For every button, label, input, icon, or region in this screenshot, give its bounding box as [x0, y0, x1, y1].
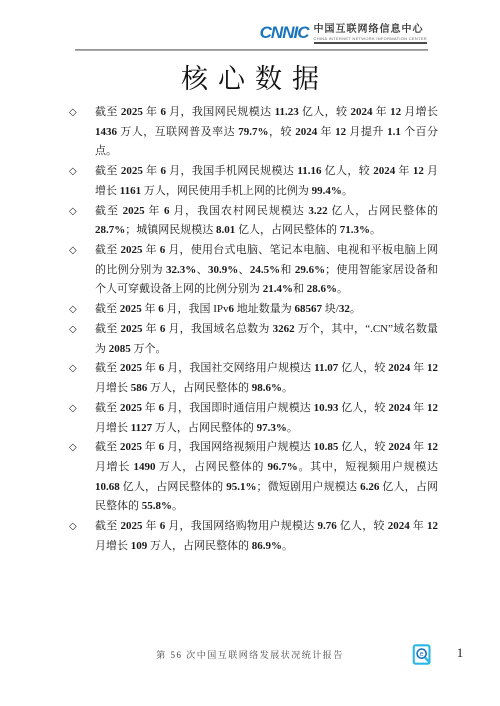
diamond-bullet-icon: ◇	[64, 438, 95, 517]
svg-text:e: e	[420, 651, 424, 658]
diamond-bullet-icon: ◇	[64, 162, 95, 201]
list-item: ◇截至 2025 年 6 月，我国农村网民规模达 3.22 亿人，占网民整体的 …	[64, 202, 438, 241]
diamond-bullet-icon: ◇	[64, 359, 95, 398]
list-item-text: 截至 2025 年 6 月，我国 IPv6 地址数量为 68567 块/32。	[95, 300, 438, 320]
list-item: ◇截至 2025 年 6 月，我国域名总数为 3262 万个，其中，“.CN”域…	[64, 320, 438, 359]
list-item-text: 截至 2025 年 6 月，我国社交网络用户规模达 11.07 亿人，较 202…	[95, 359, 438, 398]
list-item: ◇截至 2025 年 6 月，我国网络视频用户规模达 10.85 亿人，较 20…	[64, 438, 438, 517]
diamond-bullet-icon: ◇	[64, 103, 95, 162]
list-item-text: 截至 2025 年 6 月，我国网民规模达 11.23 亿人，较 2024 年 …	[95, 103, 438, 162]
org-name-cn: 中国互联网络信息中心	[314, 24, 428, 36]
list-item: ◇截至 2025 年 6 月，我国网络购物用户规模达 9.76 亿人，较 202…	[64, 517, 438, 556]
diamond-bullet-icon: ◇	[64, 517, 95, 556]
diamond-bullet-icon: ◇	[64, 300, 95, 320]
list-item: ◇截至 2025 年 6 月，我国手机网民规模达 11.16 亿人，较 2024…	[64, 162, 438, 201]
diamond-bullet-icon: ◇	[64, 399, 95, 438]
page-title: 核心数据	[0, 57, 500, 96]
list-item: ◇截至 2025 年 6 月，使用台式电脑、笔记本电脑、电视和平板电脑上网的比例…	[64, 241, 438, 300]
list-item-text: 截至 2025 年 6 月，我国手机网民规模达 11.16 亿人，较 2024 …	[95, 162, 438, 201]
cnnic-logo: CNNIC 中国互联网络信息中心 CHINA INTERNET NETWORK …	[260, 24, 427, 44]
list-item-text: 截至 2025 年 6 月，使用台式电脑、笔记本电脑、电视和平板电脑上网的比例分…	[95, 241, 438, 300]
list-item: ◇截至 2025 年 6 月，我国社交网络用户规模达 11.07 亿人，较 20…	[64, 359, 438, 398]
diamond-bullet-icon: ◇	[64, 320, 95, 359]
cnnic-search-icon: e	[412, 643, 433, 666]
diamond-bullet-icon: ◇	[64, 202, 95, 241]
list-item-text: 截至 2025 年 6 月，我国域名总数为 3262 万个，其中，“.CN”域名…	[95, 320, 438, 359]
report-page: CNNIC 中国互联网络信息中心 CHINA INTERNET NETWORK …	[0, 0, 500, 706]
list-item-text: 截至 2025 年 6 月，我国网络购物用户规模达 9.76 亿人，较 2024…	[95, 517, 438, 556]
list-item: ◇截至 2025 年 6 月，我国 IPv6 地址数量为 68567 块/32。	[64, 300, 438, 320]
list-item: ◇截至 2025 年 6 月，我国即时通信用户规模达 10.93 亿人，较 20…	[64, 399, 438, 438]
header-divider	[75, 49, 428, 51]
list-item: ◇截至 2025 年 6 月，我国网民规模达 11.23 亿人，较 2024 年…	[64, 103, 438, 162]
org-name-en: CHINA INTERNET NETWORK INFORMATION CENTE…	[314, 36, 428, 44]
diamond-bullet-icon: ◇	[64, 241, 95, 300]
org-names: 中国互联网络信息中心 CHINA INTERNET NETWORK INFORM…	[314, 24, 428, 44]
core-data-list: ◇截至 2025 年 6 月，我国网民规模达 11.23 亿人，较 2024 年…	[64, 103, 438, 556]
cnnic-wordmark: CNNIC	[260, 24, 309, 42]
list-item-text: 截至 2025 年 6 月，我国网络视频用户规模达 10.85 亿人，较 202…	[95, 438, 438, 517]
page-number: 1	[450, 645, 470, 661]
list-item-text: 截至 2025 年 6 月，我国农村网民规模达 3.22 亿人，占网民整体的 2…	[95, 202, 438, 241]
list-item-text: 截至 2025 年 6 月，我国即时通信用户规模达 10.93 亿人，较 202…	[95, 399, 438, 438]
